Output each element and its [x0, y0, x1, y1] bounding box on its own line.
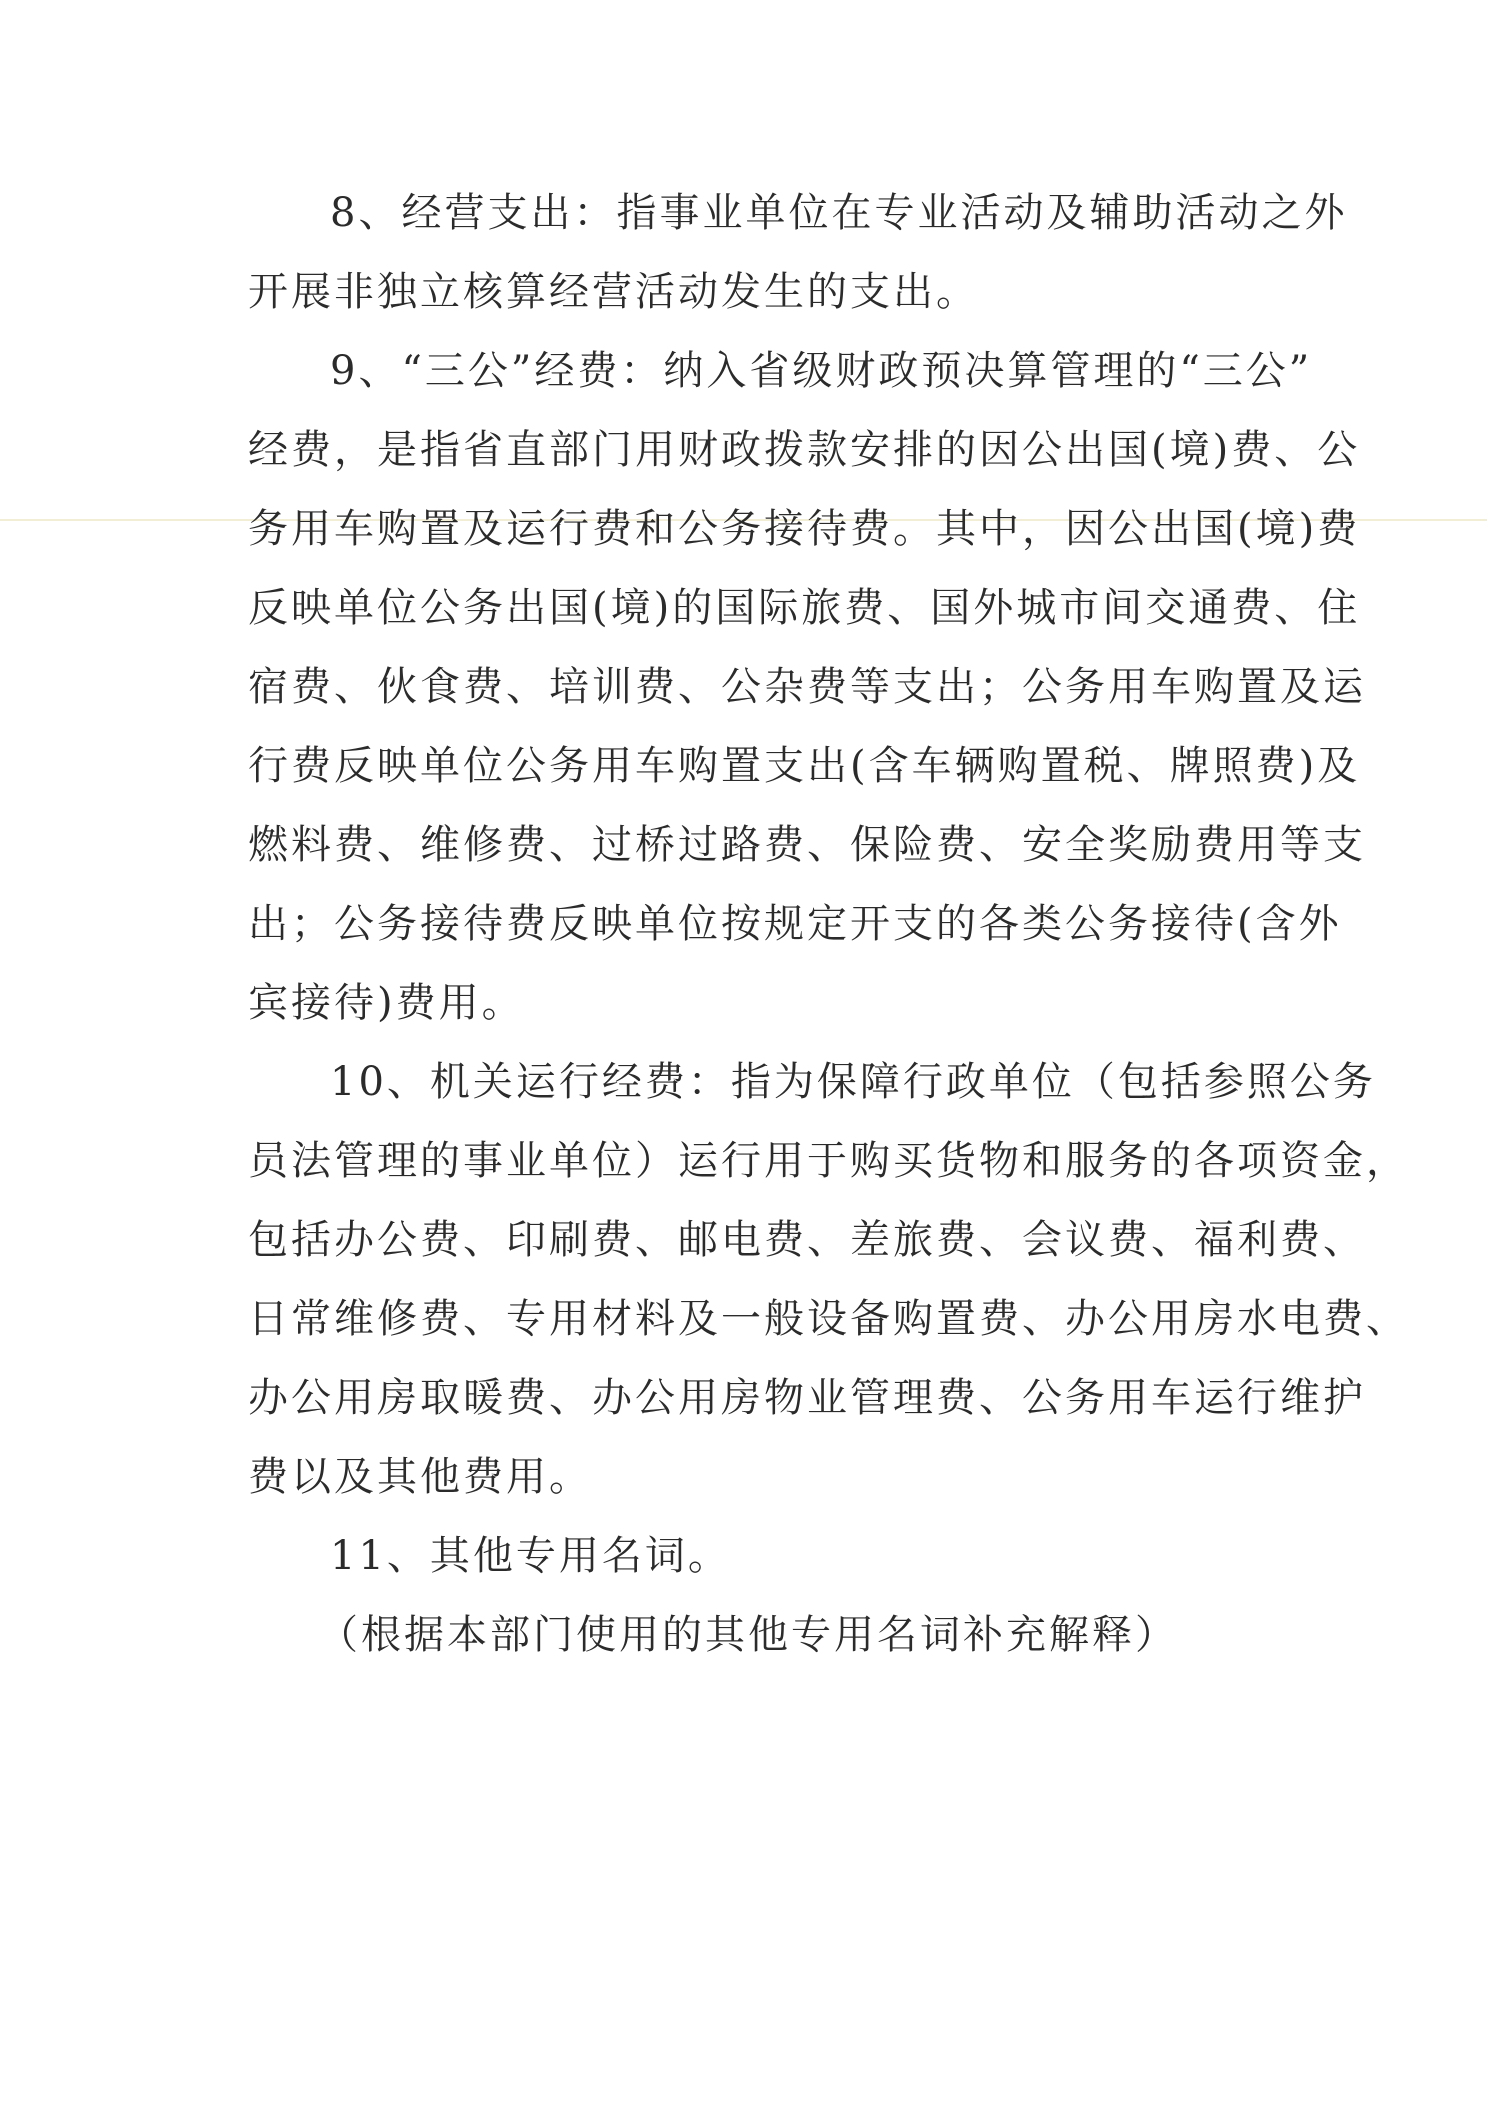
text-line: 费以及其他费用。 — [248, 1438, 1298, 1517]
text-line: 反映单位公务出国(境)的国际旅费、国外城市间交通费、住 — [248, 569, 1298, 648]
document-body: 8、经营支出：指事业单位在专业活动及辅助活动之外 开展非独立核算经营活动发生的支… — [248, 174, 1298, 1675]
paragraph-item-10: 10、机关运行经费：指为保障行政单位（包括参照公务 员法管理的事业单位）运行用于… — [248, 1043, 1298, 1517]
text-line: 日常维修费、专用材料及一般设备购置费、办公用房水电费、 — [248, 1280, 1298, 1359]
text-line: 出；公务接待费反映单位按规定开支的各类公务接待(含外 — [248, 885, 1298, 964]
paragraph-item-11: 11、其他专用名词。 — [248, 1517, 1298, 1596]
paragraph-item-8: 8、经营支出：指事业单位在专业活动及辅助活动之外 开展非独立核算经营活动发生的支… — [248, 174, 1298, 332]
paragraph-item-9: 9、“三公”经费：纳入省级财政预决算管理的“三公” 经费，是指省直部门用财政拨款… — [248, 332, 1298, 1043]
text-line: 经费，是指省直部门用财政拨款安排的因公出国(境)费、公 — [248, 411, 1298, 490]
text-line: 办公用房取暖费、办公用房物业管理费、公务用车运行维护 — [248, 1359, 1298, 1438]
text-line: 宾接待)费用。 — [248, 964, 1298, 1043]
text-line: 11、其他专用名词。 — [248, 1517, 1298, 1596]
text-line: 务用车购置及运行费和公务接待费。其中，因公出国(境)费 — [248, 490, 1298, 569]
text-line: 包括办公费、印刷费、邮电费、差旅费、会议费、福利费、 — [248, 1201, 1298, 1280]
text-line: 宿费、伙食费、培训费、公杂费等支出；公务用车购置及运 — [248, 648, 1298, 727]
text-line: 行费反映单位公务用车购置支出(含车辆购置税、牌照费)及 — [248, 727, 1298, 806]
text-line: 燃料费、维修费、过桥过路费、保险费、安全奖励费用等支 — [248, 806, 1298, 885]
text-line: 9、“三公”经费：纳入省级财政预决算管理的“三公” — [248, 332, 1298, 411]
text-line: 8、经营支出：指事业单位在专业活动及辅助活动之外 — [248, 174, 1298, 253]
text-line: 员法管理的事业单位）运行用于购买货物和服务的各项资金， — [248, 1122, 1298, 1201]
text-line: 开展非独立核算经营活动发生的支出。 — [248, 253, 1298, 332]
supplementary-note: （根据本部门使用的其他专用名词补充解释） — [248, 1596, 1298, 1675]
text-line: 10、机关运行经费：指为保障行政单位（包括参照公务 — [248, 1043, 1298, 1122]
document-page: 8、经营支出：指事业单位在专业活动及辅助活动之外 开展非独立核算经营活动发生的支… — [0, 0, 1487, 2102]
paragraph-note: （根据本部门使用的其他专用名词补充解释） — [248, 1596, 1298, 1675]
